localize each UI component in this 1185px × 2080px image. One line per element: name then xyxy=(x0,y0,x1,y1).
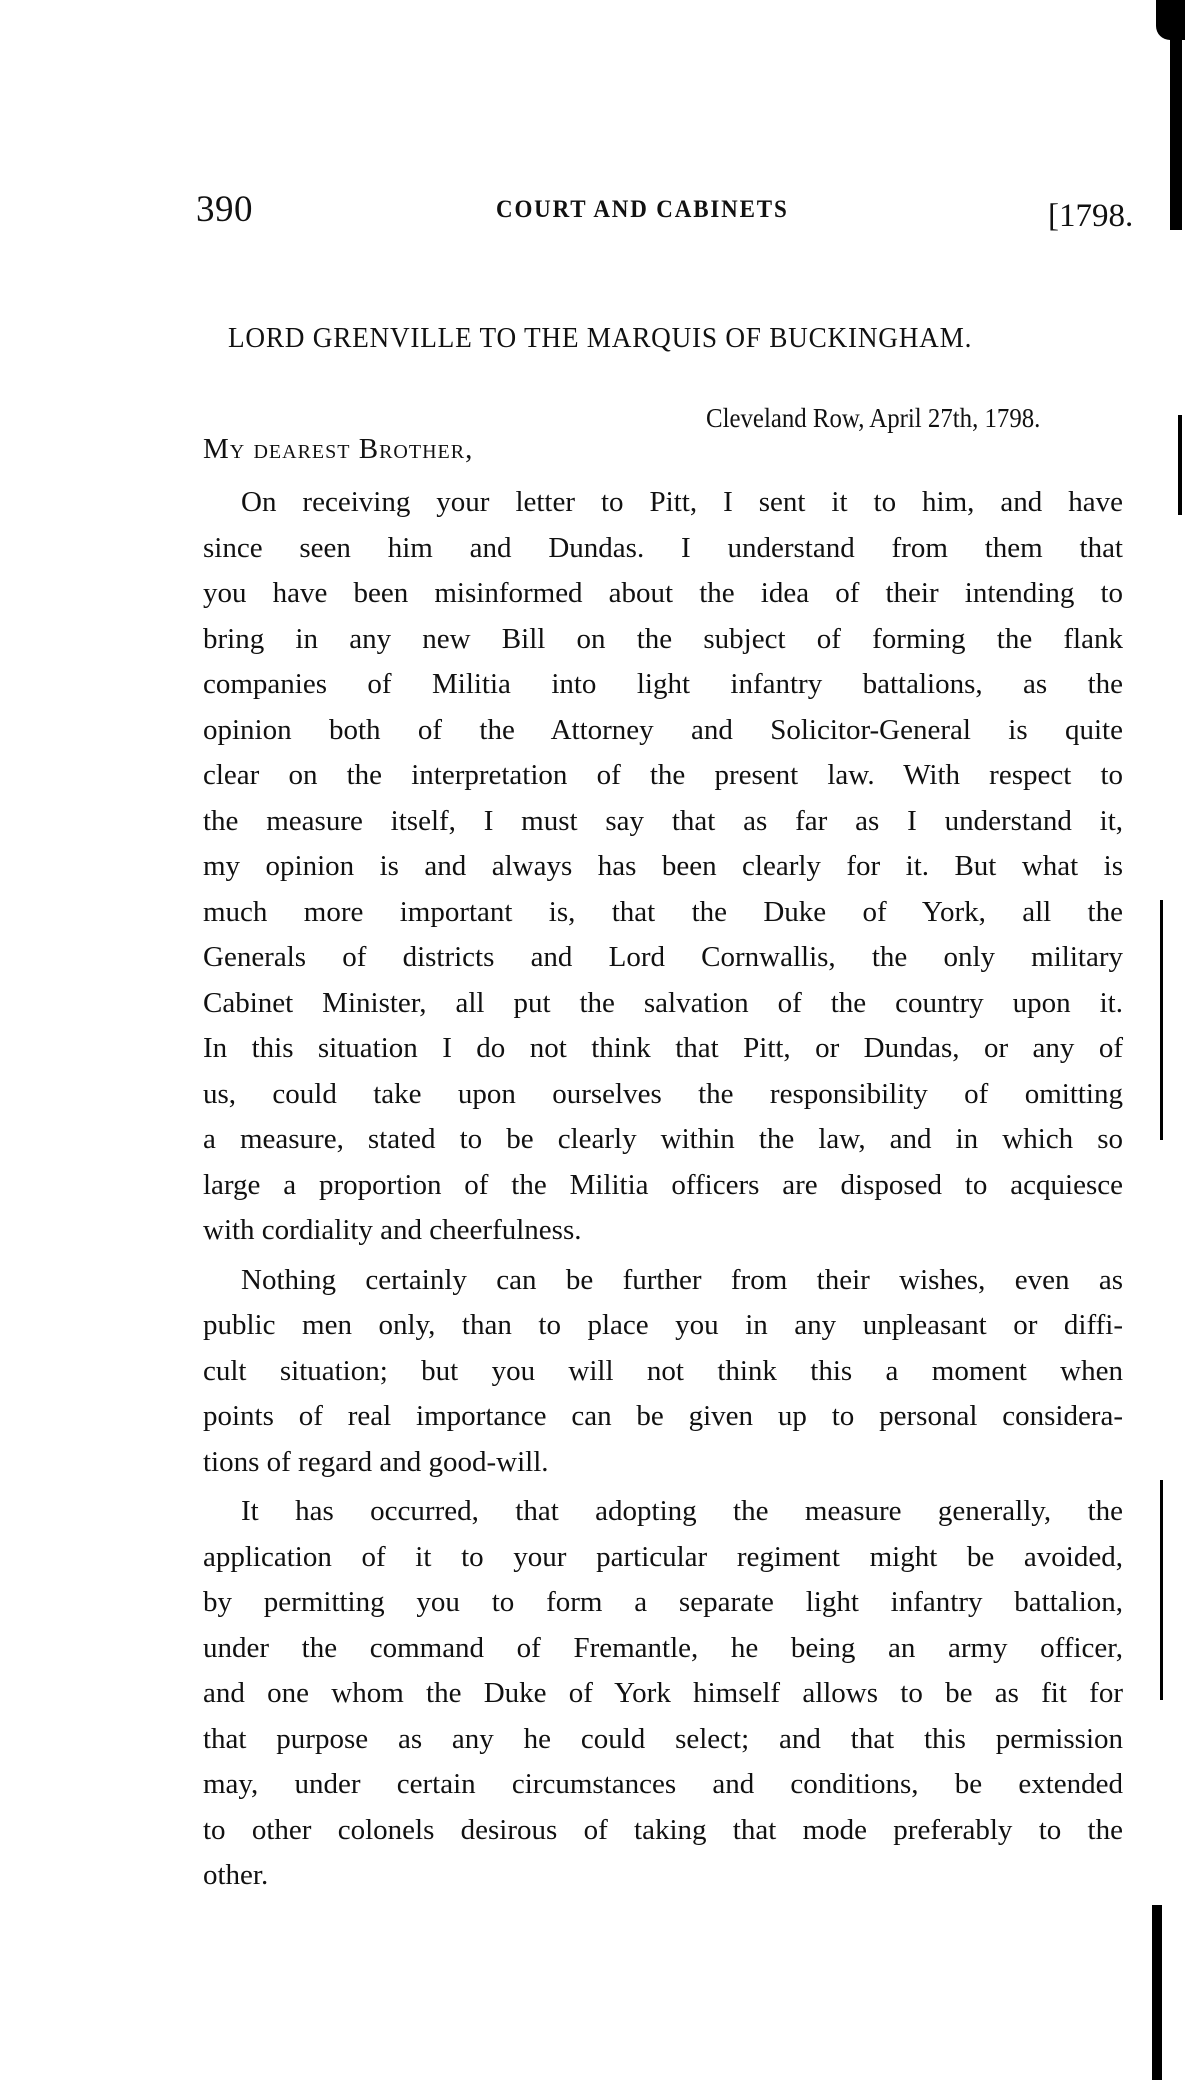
letter-title: LORD GRENVILLE TO THE MARQUIS OF BUCKING… xyxy=(228,322,972,355)
text-line: under the command of Fremantle, he being… xyxy=(203,1626,1123,1672)
text-line: tions of regard and good-will. xyxy=(203,1440,1123,1486)
text-line: that purpose as any he could select; and… xyxy=(203,1717,1123,1763)
binding-shadow-upper xyxy=(1170,30,1182,230)
text-line: my opinion is and always has been clearl… xyxy=(203,844,1123,890)
text-line: to other colonels desirous of taking tha… xyxy=(203,1808,1123,1854)
text-line: application of it to your particular reg… xyxy=(203,1535,1123,1581)
text-line: opinion both of the Attorney and Solicit… xyxy=(203,708,1123,754)
binding-mark xyxy=(1160,900,1163,1140)
paragraph: Nothing certainly can be further from th… xyxy=(203,1258,1123,1486)
text-line: cult situation; but you will not think t… xyxy=(203,1349,1123,1395)
text-line: may, under certain circumstances and con… xyxy=(203,1762,1123,1808)
page-number: 390 xyxy=(196,188,253,231)
text-line: Generals of districts and Lord Cornwalli… xyxy=(203,935,1123,981)
text-line: us, could take upon ourselves the respon… xyxy=(203,1072,1123,1118)
book-page: 390 COURT AND CABINETS [1798. LORD GRENV… xyxy=(0,0,1185,2080)
text-line: Nothing certainly can be further from th… xyxy=(203,1258,1123,1304)
text-line: It has occurred, that adopting the measu… xyxy=(203,1489,1123,1535)
text-line: and one whom the Duke of York himself al… xyxy=(203,1671,1123,1717)
text-line: the measure itself, I must say that as f… xyxy=(203,799,1123,845)
text-line: since seen him and Dundas. I understand … xyxy=(203,526,1123,572)
text-line: with cordiality and cheerfulness. xyxy=(203,1208,1123,1254)
running-title: COURT AND CABINETS xyxy=(496,196,789,224)
text-line: you have been misinformed about the idea… xyxy=(203,571,1123,617)
text-line: much more important is, that the Duke of… xyxy=(203,890,1123,936)
binding-mark xyxy=(1160,1480,1163,1700)
binding-mark xyxy=(1178,415,1182,515)
paragraph: On receiving your letter to Pitt, I sent… xyxy=(203,480,1123,1254)
letter-body: On receiving your letter to Pitt, I sent… xyxy=(203,480,1123,1899)
text-line: clear on the interpretation of the prese… xyxy=(203,753,1123,799)
text-line: points of real importance can be given u… xyxy=(203,1394,1123,1440)
paragraph: It has occurred, that adopting the measu… xyxy=(203,1489,1123,1899)
text-line: In this situation I do not think that Pi… xyxy=(203,1026,1123,1072)
binding-shadow-bottom xyxy=(1152,1905,1162,2080)
text-line: a measure, stated to be clearly within t… xyxy=(203,1117,1123,1163)
text-line: On receiving your letter to Pitt, I sent… xyxy=(203,480,1123,526)
letter-salutation: My dearest Brother, xyxy=(203,433,473,466)
letter-dateline: Cleveland Row, April 27th, 1798. xyxy=(706,403,1040,434)
text-line: large a proportion of the Militia office… xyxy=(203,1163,1123,1209)
text-line: bring in any new Bill on the subject of … xyxy=(203,617,1123,663)
text-line: other. xyxy=(203,1853,1123,1899)
text-line: public men only, than to place you in an… xyxy=(203,1303,1123,1349)
text-line: companies of Militia into light infantry… xyxy=(203,662,1123,708)
text-line: by permitting you to form a separate lig… xyxy=(203,1580,1123,1626)
text-line: Cabinet Minister, all put the salvation … xyxy=(203,981,1123,1027)
running-year: [1798. xyxy=(1048,198,1133,235)
running-head: 390 COURT AND CABINETS [1798. xyxy=(196,188,1156,238)
